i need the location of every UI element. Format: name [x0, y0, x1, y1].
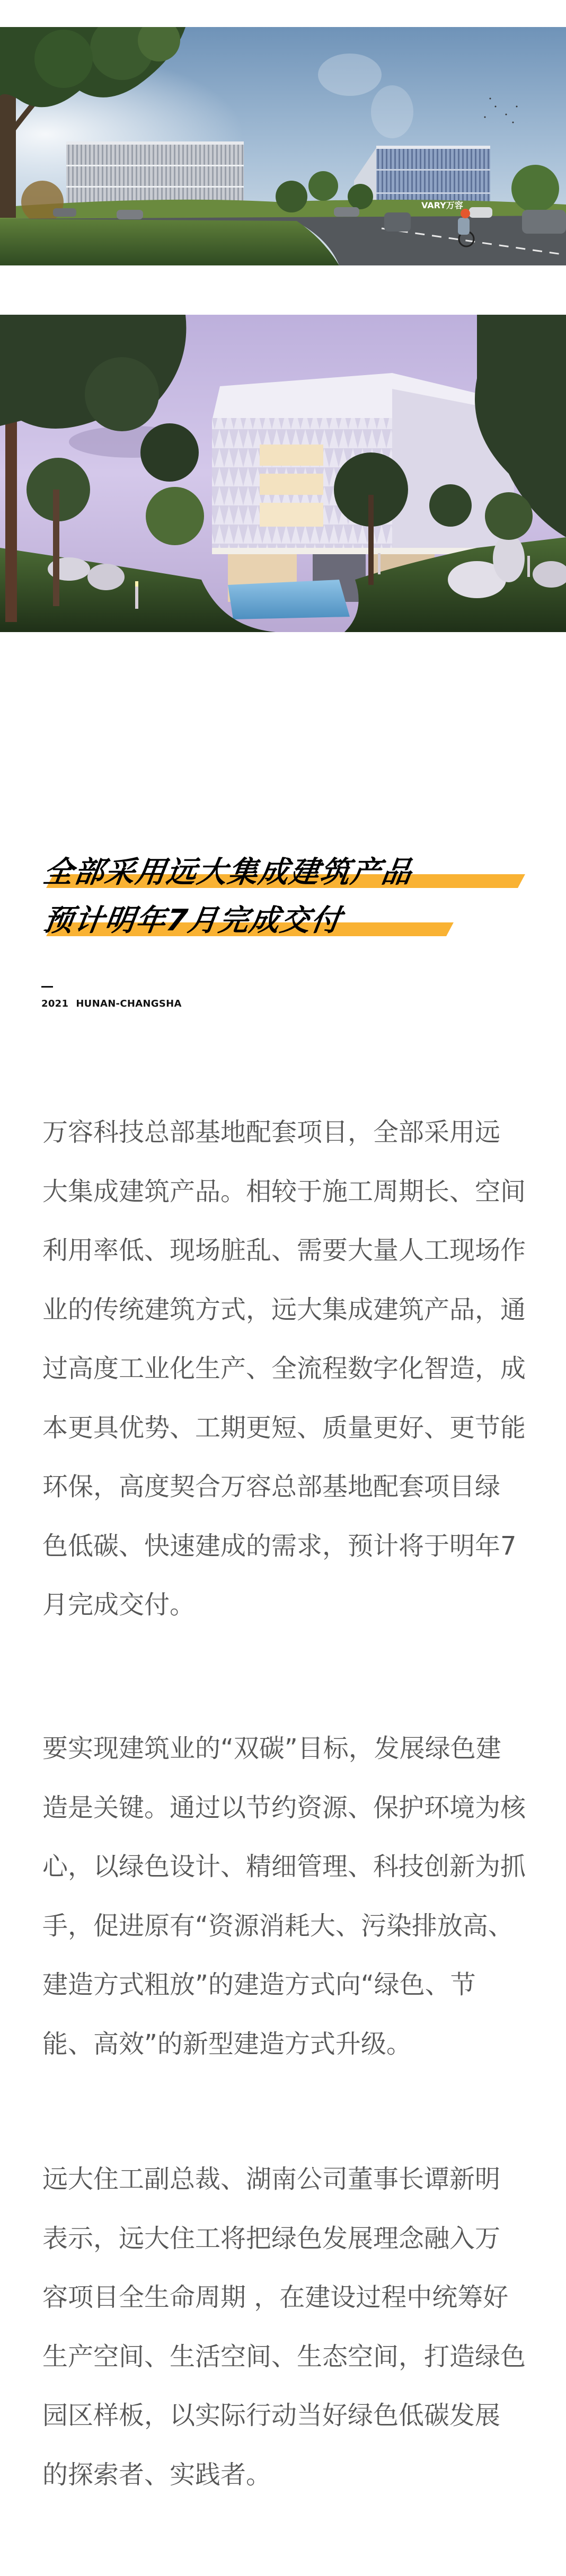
text-line: 远大住工副总裁、湖南公司董事长谭新明 — [42, 2150, 526, 2209]
text-line: 本更具优势、工期更短、质量更好、更节能 — [42, 1399, 526, 1458]
paragraph-3: 远大住工副总裁、湖南公司董事长谭新明 表示，远大住工将把绿色发展理念融入万 容项… — [42, 2150, 526, 2504]
meta-year: 2021 — [41, 998, 68, 1009]
campus-day-image: VARY万容 — [0, 27, 566, 265]
text-line: 生产空间、生活空间、生态空间，打造绿色 — [42, 2328, 526, 2387]
building-dusk-rendering — [0, 315, 566, 632]
text-line: 建造方式粗放”的建造方式向“绿色、节 — [42, 1956, 526, 2015]
paragraph-2: 要实现建筑业的“双碳”目标，发展绿色建 造是关键。通过以节约资源、保护环境为核 … — [42, 1719, 526, 2074]
text-line: 的探索者、实践者。 — [42, 2446, 526, 2505]
meta-label: 2021HUNAN-CHANGSHA — [41, 998, 182, 1009]
divider-dash — [41, 986, 53, 988]
svg-text:VARY万容: VARY万容 — [421, 200, 463, 210]
building-dusk-image — [0, 315, 566, 632]
paragraph-1: 万容科技总部基地配套项目，全部采用远 大集成建筑产品。相较于施工周期长、空间 利… — [42, 1103, 526, 1635]
headline-text-2: 预计明年7月完成交付 — [41, 902, 344, 939]
meta-location: HUNAN-CHANGSHA — [76, 998, 181, 1009]
text-line: 园区样板，以实际行动当好绿色低碳发展 — [42, 2386, 526, 2446]
text-line: 利用率低、现场脏乱、需要大量人工现场作 — [42, 1221, 526, 1281]
text-line: 心，以绿色设计、精细管理、科技创新为抓 — [42, 1837, 526, 1897]
text-line: 能、高效”的新型建造方式升级。 — [42, 2015, 526, 2074]
campus-day-rendering: VARY万容 — [0, 27, 566, 265]
text-line: 过高度工业化生产、全流程数字化智造，成 — [42, 1339, 526, 1399]
text-line: 月完成交付。 — [42, 1576, 526, 1635]
text-line: 造是关键。通过以节约资源、保护环境为核 — [42, 1779, 526, 1838]
text-line: 业的传统建筑方式，远大集成建筑产品，通 — [42, 1281, 526, 1340]
text-line: 容项目全生命周期 ，在建设过程中统筹好 — [42, 2268, 526, 2328]
text-line: 手，促进原有“资源消耗大、污染排放高、 — [42, 1897, 526, 1956]
headline-text-1: 全部采用远大集成建筑产品 — [41, 854, 415, 891]
text-line: 表示，远大住工将把绿色发展理念融入万 — [42, 2209, 526, 2269]
text-line: 要实现建筑业的“双碳”目标，发展绿色建 — [42, 1719, 526, 1779]
text-line: 环保，高度契合万容总部基地配套项目绿 — [42, 1458, 526, 1517]
text-line: 大集成建筑产品。相较于施工周期长、空间 — [42, 1162, 526, 1222]
text-line: 色低碳、快速建成的需求，预计将于明年7 — [42, 1517, 526, 1576]
text-line: 万容科技总部基地配套项目，全部采用远 — [42, 1103, 526, 1162]
